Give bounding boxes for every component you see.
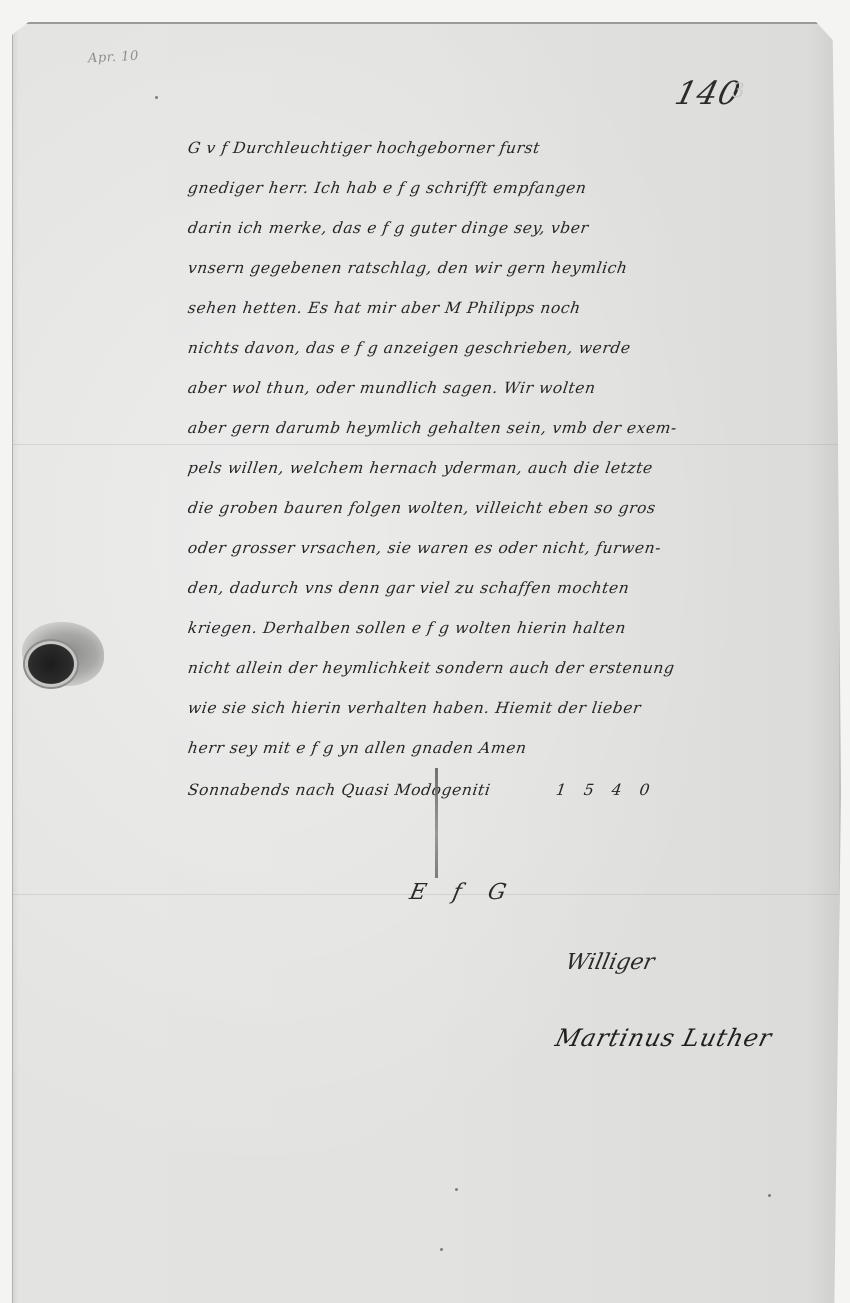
closing-word: Williger <box>563 950 656 975</box>
body-line: aber wol thun, oder mundlich sagen. Wir … <box>185 368 833 408</box>
body-line: oder grosser vrsachen, sie waren es oder… <box>185 528 833 568</box>
letter-body: G v f Durchleuchtiger hochgeborner furst… <box>188 128 830 810</box>
body-line: herr sey mit e f g yn allen gnaden Amen <box>185 728 833 768</box>
paper-speck <box>768 1194 771 1197</box>
body-line: die groben bauren folgen wolten, villeic… <box>185 488 833 528</box>
paper-speck <box>455 1188 458 1191</box>
paper-speck <box>155 96 158 99</box>
body-line: kriegen. Derhalben sollen e f g wolten h… <box>185 608 833 648</box>
vertical-ink-stroke <box>435 768 438 878</box>
signature: Martinus Luther <box>553 1024 776 1052</box>
seal-hole-icon <box>28 644 74 684</box>
body-line: pels willen, welchem hernach yderman, au… <box>185 448 833 488</box>
body-line: darin ich merke, das e f g guter dinge s… <box>185 208 833 248</box>
body-line: den, dadurch vns denn gar viel zu schaff… <box>185 568 833 608</box>
body-line: nicht allein der heymlichkeit sondern au… <box>185 648 833 688</box>
archive-pencil-note: Apr. 10 <box>88 49 140 67</box>
body-line: wie sie sich hierin verhalten haben. Hie… <box>185 688 833 728</box>
date-line: Sonnabends nach Quasi Modogeniti 1540 <box>185 770 833 810</box>
date-text: Sonnabends nach Quasi Modogeniti <box>187 781 492 799</box>
body-line: gnediger herr. Ich hab e f g schrifft em… <box>185 168 833 208</box>
paper-speck <box>440 1248 443 1251</box>
body-line: vnsern gegebenen ratschlag, den wir gern… <box>185 248 833 288</box>
body-line: G v f Durchleuchtiger hochgeborner furst <box>185 128 833 168</box>
body-line: aber gern darumb heymlich gehalten sein,… <box>185 408 833 448</box>
date-year: 1540 <box>553 770 670 810</box>
body-line: sehen hetten. Es hat mir aber M Philipps… <box>185 288 833 328</box>
faint-folio-mark: 3 <box>732 78 745 102</box>
body-line: nichts davon, das e f g anzeigen geschri… <box>185 328 833 368</box>
address-abbreviation: E f G <box>407 880 518 905</box>
